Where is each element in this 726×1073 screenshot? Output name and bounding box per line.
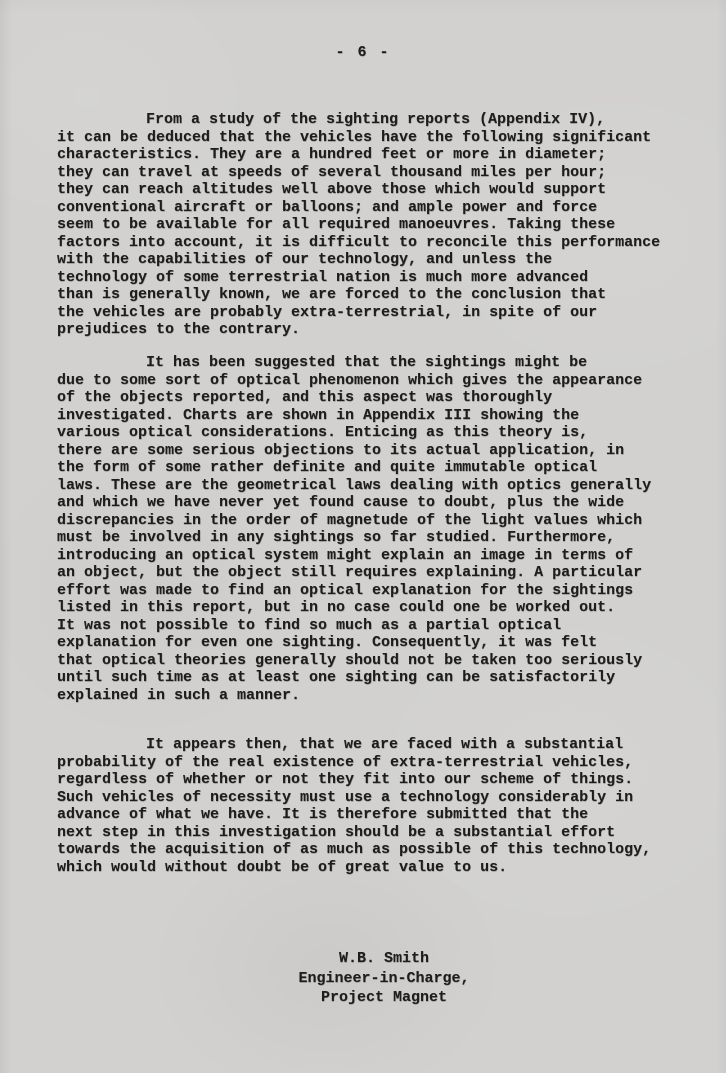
paragraph-optical-theory: It has been suggested that the sightings… bbox=[57, 354, 705, 704]
signature-block: W.B. Smith Engineer-in-Charge, Project M… bbox=[248, 949, 520, 1008]
paragraph-sighting-characteristics: From a study of the sighting reports (Ap… bbox=[57, 111, 705, 339]
page-number: - 6 - bbox=[0, 44, 726, 61]
signature-title: Engineer-in-Charge, bbox=[248, 969, 520, 989]
paragraph-conclusion: It appears then, that we are faced with … bbox=[57, 736, 705, 876]
signature-name: W.B. Smith bbox=[248, 949, 520, 969]
signature-org: Project Magnet bbox=[248, 988, 520, 1008]
